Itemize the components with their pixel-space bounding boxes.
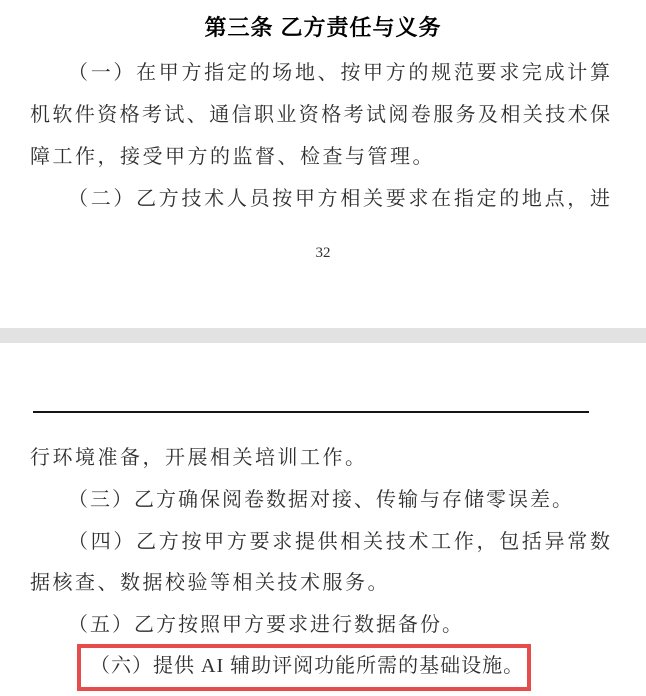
paragraph-line: 障工作，接受甲方的监督、检查与管理。 <box>30 144 610 170</box>
paragraph-line: （二）乙方技术人员按甲方相关要求在指定的地点，进 <box>68 186 610 212</box>
document-viewer: 第三条 乙方责任与义务 （一）在甲方指定的场地、按甲方的规范要求完成计算 机软件… <box>0 0 646 696</box>
header-rule <box>33 411 589 413</box>
page-number: 32 <box>0 243 646 263</box>
article-heading: 第三条 乙方责任与义务 <box>0 14 646 42</box>
paragraph-line: （五）乙方按照甲方要求进行数据备份。 <box>68 612 610 638</box>
paragraph-line: （三）乙方确保阅卷数据对接、传输与存储零误差。 <box>68 487 610 513</box>
highlight-box <box>77 644 531 691</box>
paragraph-line: （一）在甲方指定的场地、按甲方的规范要求完成计算 <box>68 60 610 86</box>
paragraph-line: 据核查、数据校验等相关技术服务。 <box>30 570 610 596</box>
paragraph-line: （四）乙方按甲方要求提供相关技术工作，包括异常数 <box>68 529 610 555</box>
page-gap <box>0 328 646 343</box>
paragraph-line: 机软件资格考试、通信职业资格考试阅卷服务及相关技术保 <box>30 102 610 128</box>
paragraph-line: 行环境准备，开展相关培训工作。 <box>30 445 610 471</box>
